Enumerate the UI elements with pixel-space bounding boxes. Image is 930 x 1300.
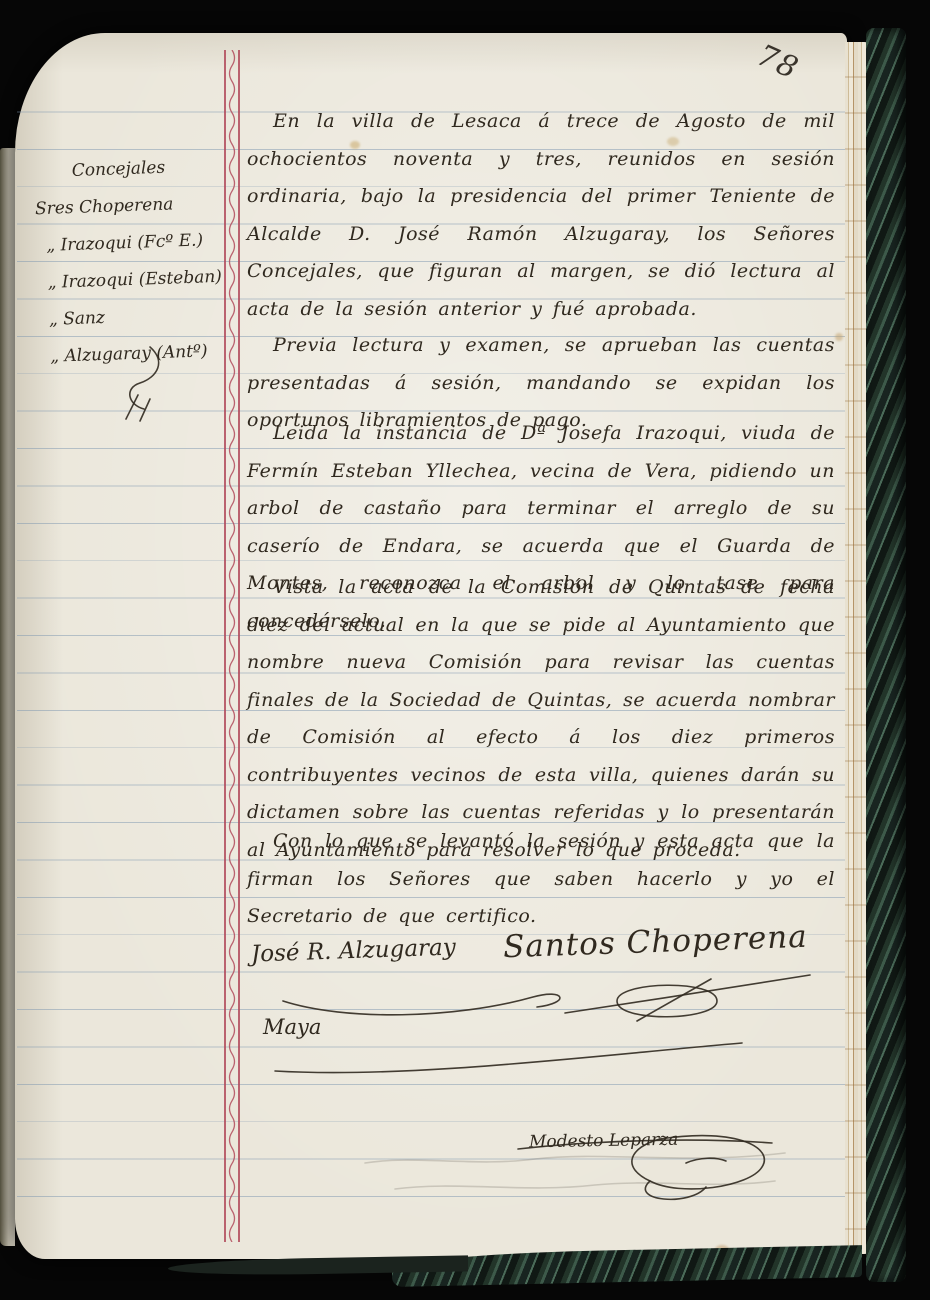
facing-page-edge — [0, 148, 15, 1246]
margin-attendee: „ Irazoqui (Fcº E.) — [46, 222, 225, 265]
book-photo: 78 Concejales Sres Choperena „ Irazoqui … — [0, 0, 930, 1300]
margin-attendee: „ Sanz — [48, 296, 227, 339]
minutes-paragraph: Con lo que se levantó la sesión y esta a… — [247, 823, 835, 936]
margin-paraph-flourish — [110, 343, 180, 423]
ledger-page: 78 Concejales Sres Choperena „ Irazoqui … — [15, 33, 847, 1259]
wavy-rule-line — [226, 50, 238, 1242]
signature-underline — [270, 1035, 750, 1080]
paper-stain — [667, 137, 679, 146]
ink-showthrough-marks — [355, 1141, 795, 1211]
book-cover-marble — [866, 28, 906, 1282]
paper-stain — [835, 333, 843, 341]
paper-stain — [350, 141, 360, 149]
minutes-paragraph: En la villa de Lesaca á trece de Agosto … — [247, 103, 835, 328]
signature-rubric — [265, 963, 825, 1033]
attendance-margin: Concejales Sres Choperena „ Irazoqui (Fc… — [29, 148, 229, 377]
margin-heading: Concejales — [71, 148, 222, 190]
page-number: 78 — [752, 38, 805, 87]
margin-attendee: „ Irazoqui (Esteban) — [47, 259, 226, 302]
red-margin-rule — [224, 50, 240, 1242]
